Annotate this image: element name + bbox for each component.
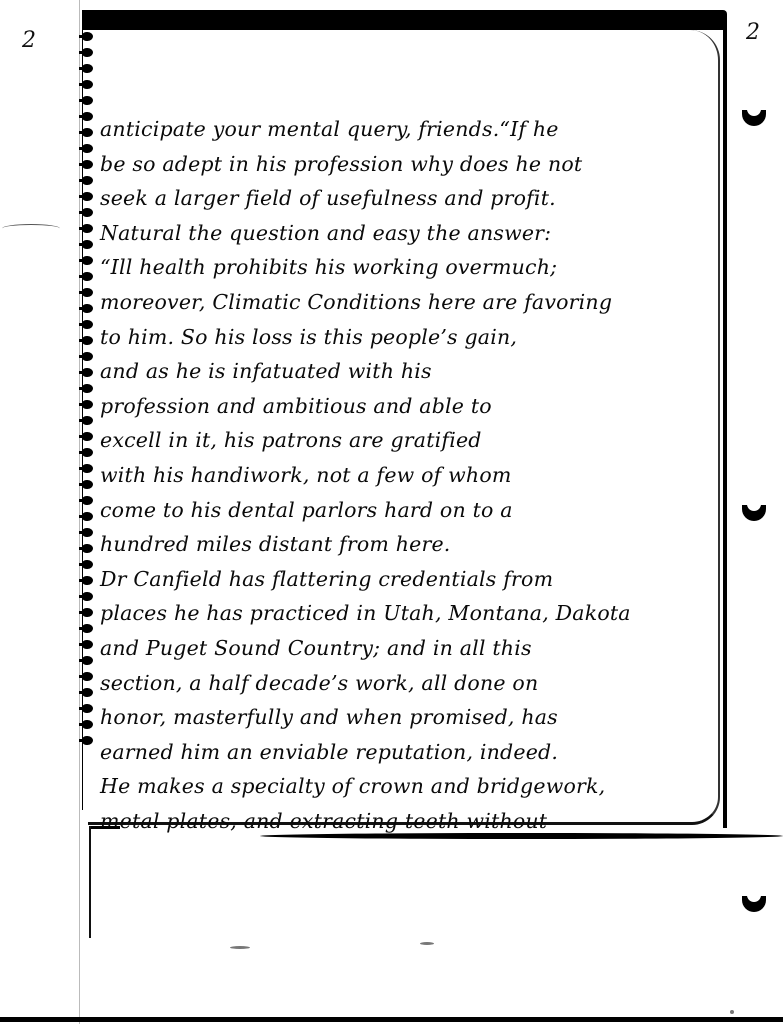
handwritten-line: be so adept in his profession why does h… [100,147,725,182]
spiral-ring-icon [82,672,93,681]
spiral-ring-icon [82,528,93,537]
scan-edge-rule [79,0,80,1024]
spiral-ring-icon [82,224,93,233]
handwritten-line: anticipate your mental query, friends.“I… [100,112,725,147]
spiral-ring-icon [82,480,93,489]
next-page-left-edge [89,826,91,938]
spiral-ring-icon [82,688,93,697]
spiral-ring-icon [82,64,93,73]
spiral-ring-icon [82,288,93,297]
handwritten-line: excell in it, his patrons are gratified [100,423,725,458]
spiral-ring-icon [82,304,93,313]
spiral-ring-icon [82,320,93,329]
scan-bottom-rule [0,1017,783,1022]
spiral-ring-icon [82,384,93,393]
page-number-left: 2 [22,28,36,53]
handwritten-line: earned him an enviable reputation, indee… [100,735,725,770]
spiral-ring-icon [82,336,93,345]
spiral-ring-icon [82,416,93,425]
handwritten-line: Dr Canfield has flattering credentials f… [100,562,725,597]
handwritten-line: come to his dental parlors hard on to a [100,493,725,528]
spiral-ring-icon [82,592,93,601]
binder-hole-icon [742,110,766,126]
spiral-ring-icon [82,656,93,665]
spiral-ring-icon [82,560,93,569]
spiral-ring-icon [82,256,93,265]
scan-speck [230,946,250,949]
handwritten-line: and as he is infatuated with his [100,354,725,389]
spiral-ring-icon [82,272,93,281]
spiral-ring-icon [82,608,93,617]
handwritten-line: section, a half decade’s work, all done … [100,666,725,701]
notebook-bottom-edge [260,833,783,839]
handwritten-line: seek a larger field of usefulness and pr… [100,181,725,216]
binder-hole-icon [742,505,766,521]
handwritten-line: He makes a specialty of crown and bridge… [100,769,725,804]
spiral-ring-icon [82,400,93,409]
spiral-ring-icon [82,640,93,649]
spiral-ring-icon [82,176,93,185]
handwritten-line: and Puget Sound Country; and in all this [100,631,725,666]
handwritten-text: anticipate your mental query, friends.“I… [100,112,725,838]
spiral-ring-icon [82,32,93,41]
handwritten-line: moreover, Climatic Conditions here are f… [100,285,725,320]
spiral-ring-icon [82,208,93,217]
handwritten-line: hundred miles distant from here. [100,527,725,562]
scan-speck [730,1010,734,1014]
handwritten-line: “Ill health prohibits his working overmu… [100,250,725,285]
handwritten-line: Natural the question and easy the answer… [100,216,725,251]
page-number-right: 2 [746,20,760,45]
spiral-ring-icon [82,192,93,201]
handwritten-line: places he has practiced in Utah, Montana… [100,596,725,631]
margin-pencil-mark [2,224,60,233]
spiral-ring-icon [82,544,93,553]
spiral-ring-icon [82,112,93,121]
handwritten-line: with his handiwork, not a few of whom [100,458,725,493]
spiral-ring-icon [82,352,93,361]
spiral-ring-icon [82,80,93,89]
spiral-ring-icon [82,704,93,713]
spiral-ring-icon [82,96,93,105]
scan-speck [420,942,434,945]
spiral-ring-icon [82,432,93,441]
notebook-top-binding [82,10,727,30]
spiral-ring-icon [82,128,93,137]
spiral-ring-icon [82,144,93,153]
spiral-ring-icon [82,512,93,521]
next-page-top-edge [90,826,120,829]
handwritten-line: to him. So his loss is this people’s gai… [100,320,725,355]
spiral-ring-icon [82,624,93,633]
spiral-ring-icon [82,576,93,585]
spiral-ring-icon [82,464,93,473]
spiral-ring-icon [82,368,93,377]
spiral-ring-icon [82,240,93,249]
spiral-ring-icon [82,48,93,57]
spiral-binding [82,32,96,802]
binder-hole-icon [742,896,766,912]
spiral-ring-icon [82,496,93,505]
spiral-ring-icon [82,448,93,457]
handwritten-line: profession and ambitious and able to [100,389,725,424]
spiral-ring-icon [82,160,93,169]
spiral-ring-icon [82,720,93,729]
spiral-ring-icon [82,736,93,745]
handwritten-line: honor, masterfully and when promised, ha… [100,700,725,735]
